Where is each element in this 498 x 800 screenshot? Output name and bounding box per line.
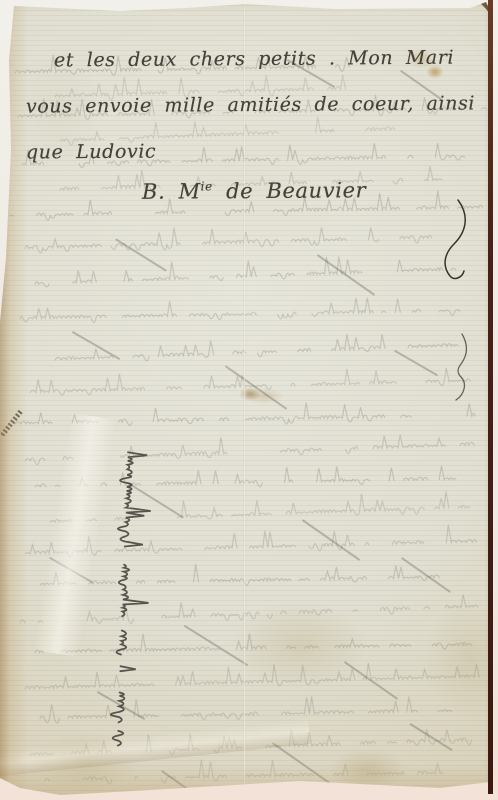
handwriting-line-1: et les deux chers petits . Mon Mari [54,47,454,72]
letter-page: et les deux chers petits . Mon Mari vous… [0,0,498,800]
handwriting-line-2: vous envoie mille amitiés de coeur, ains… [26,92,475,117]
signature-rest: de Beauvier [213,178,367,203]
signature-flourish [438,198,482,286]
binding-edge [488,0,493,794]
signature-prefix: B. M [142,179,201,203]
signature: B. Mie de Beauvier [142,178,366,204]
signature-superscript: ie [201,179,213,193]
ink-flourish-brace [448,332,474,404]
handwriting-line-3: que Ludovic [26,141,156,164]
letter-photograph: et les deux chers petits . Mon Mari vous… [0,0,498,800]
center-fold-line [243,0,246,800]
